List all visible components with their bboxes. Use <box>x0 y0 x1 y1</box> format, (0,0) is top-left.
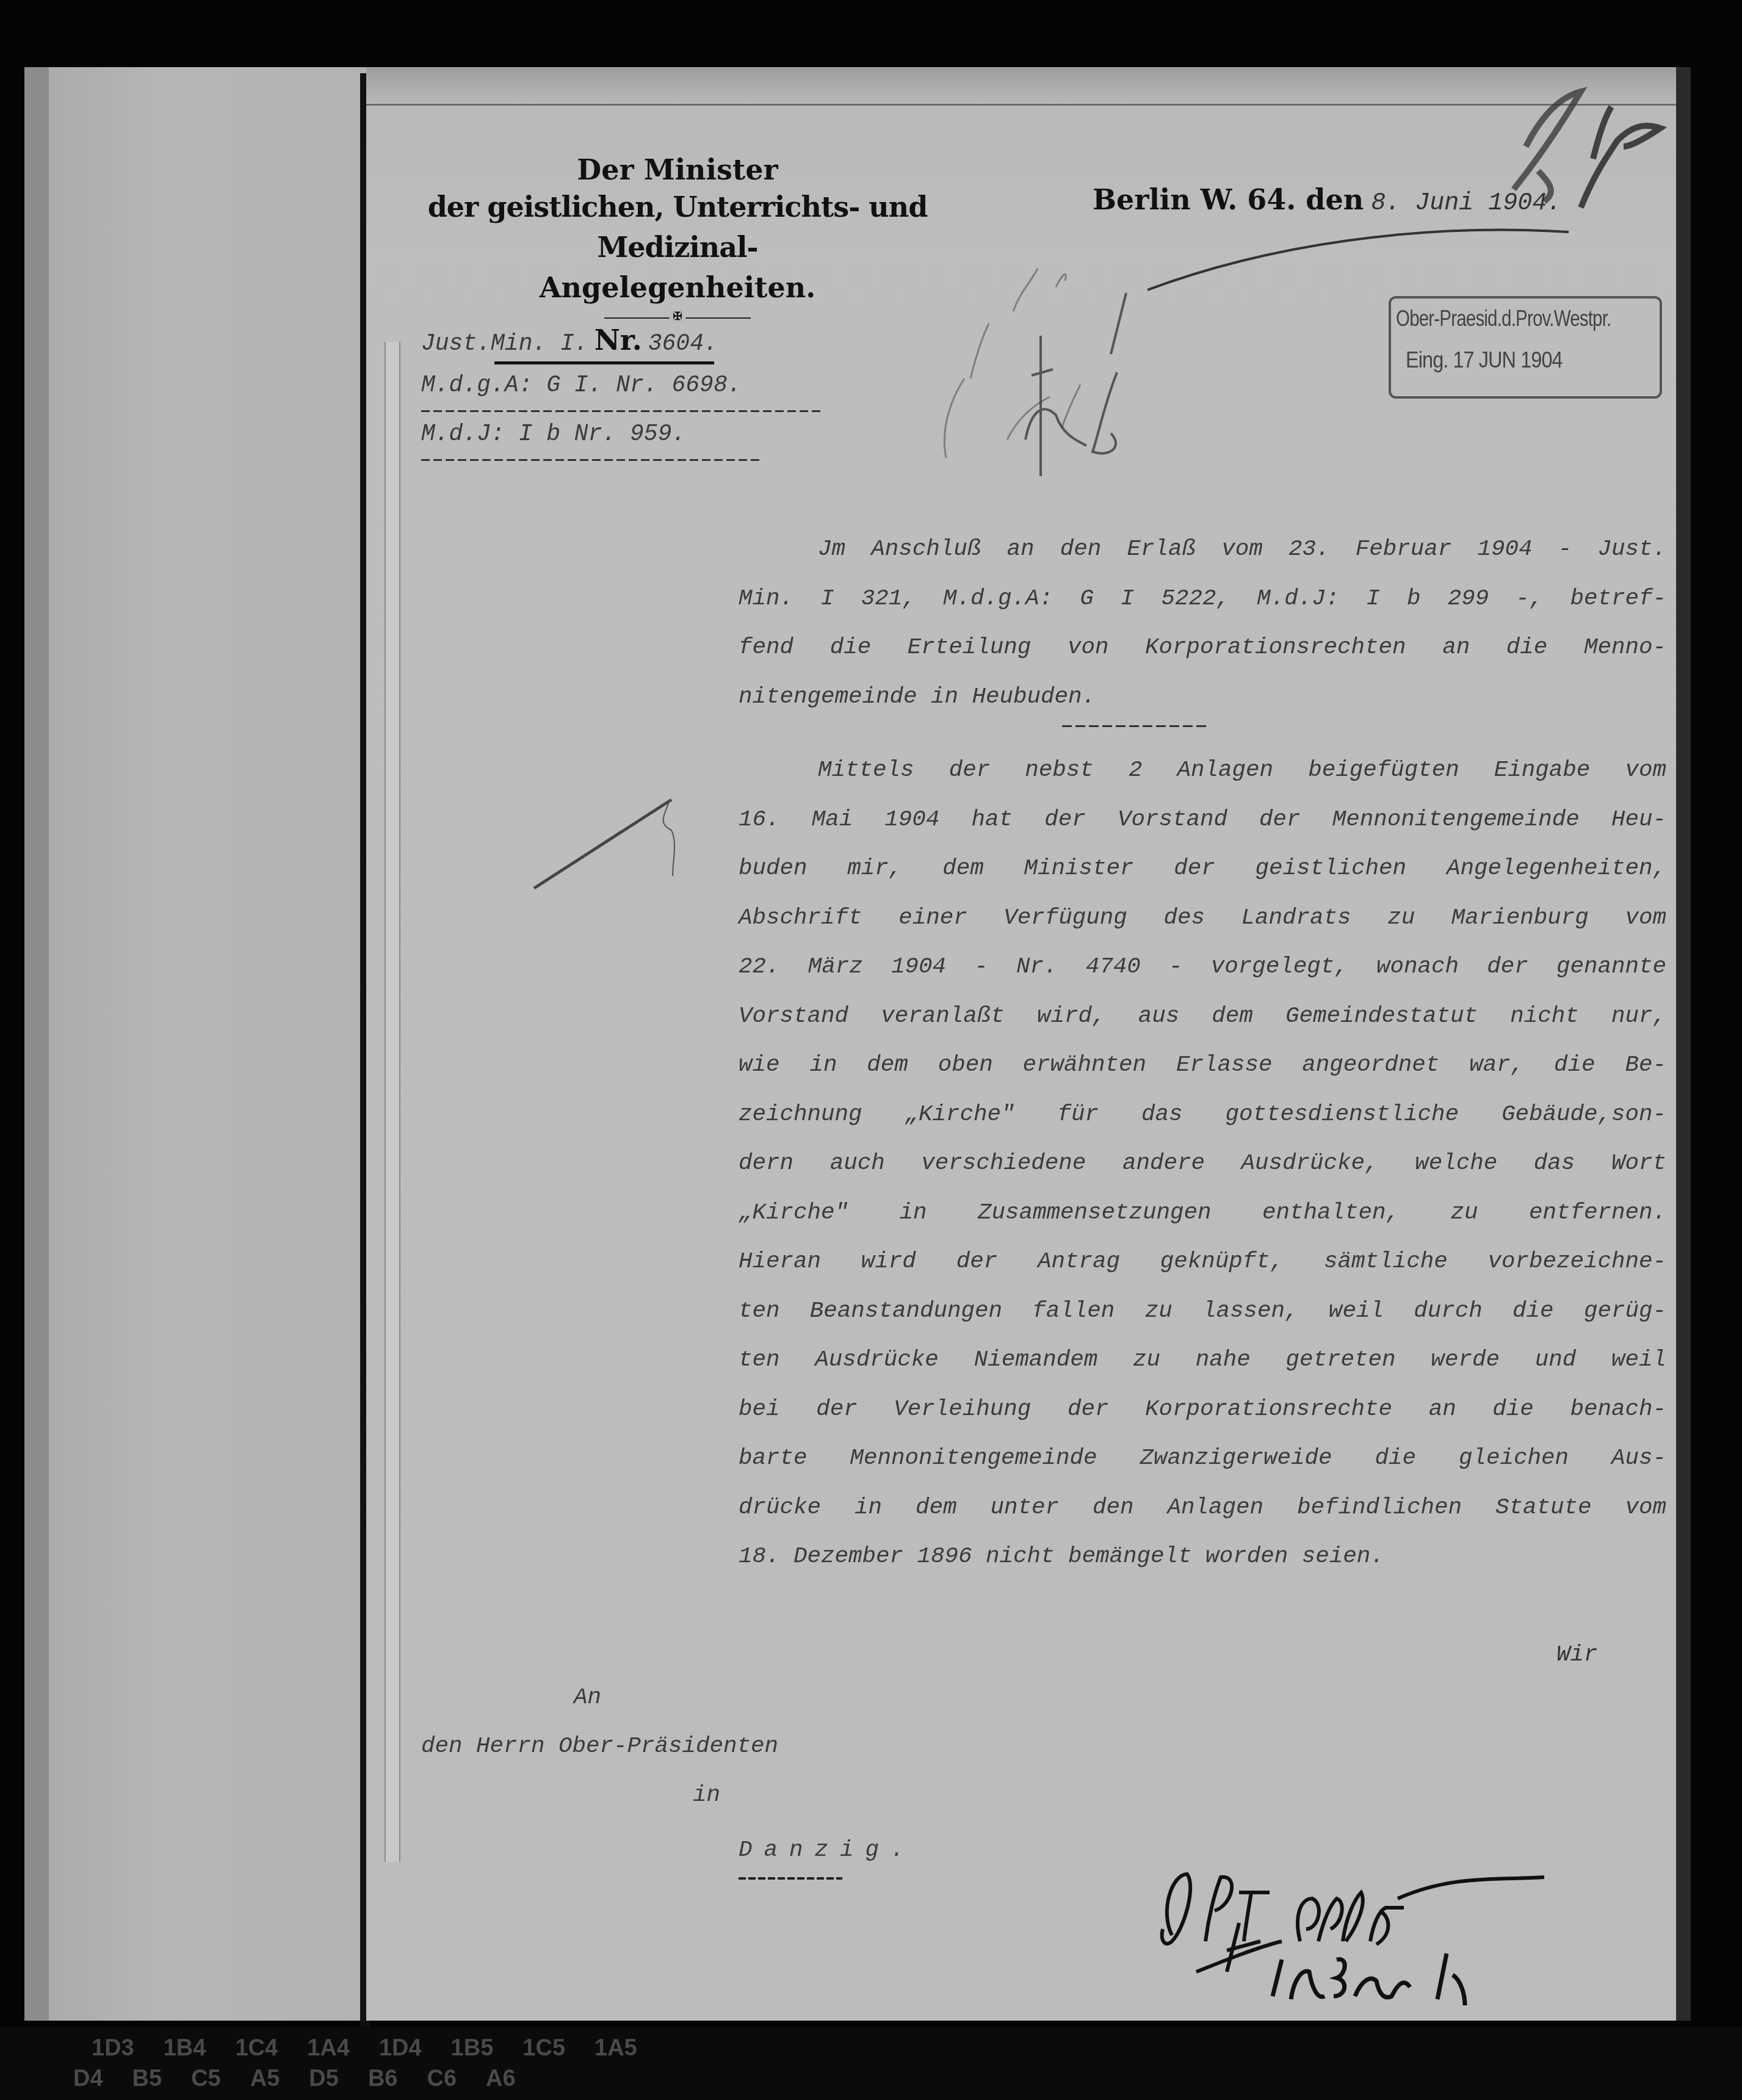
margin-paper-strip <box>385 342 400 1862</box>
body-line: drücke in dem unter den Anlagen befindli… <box>739 1483 1666 1533</box>
underline-solid <box>494 361 714 364</box>
catchword: Wir <box>1556 1642 1598 1668</box>
body-line: zeichnung „Kirche" für das gottesdienstl… <box>739 1090 1666 1140</box>
letterhead-title: Der Minister <box>415 153 940 187</box>
body-line: dern auch verschiedene andere Ausdrücke,… <box>739 1139 1666 1189</box>
body-line: ten Beanstandungen fallen zu lassen, wei… <box>739 1287 1666 1336</box>
address-recipient: den Herrn Ober-Präsidenten <box>421 1734 778 1759</box>
folio-number-handwritten <box>1502 85 1685 214</box>
address-in: in <box>693 1783 720 1808</box>
reference-numbers: Just.Min. I.Nr.3604. M.d.g.A: G I. Nr. 6… <box>421 324 742 470</box>
ref-justice-ministry: Just.Min. I.Nr.3604. <box>421 324 742 372</box>
letterhead-affairs: Angelegenheiten. <box>415 267 940 308</box>
body-line: „Kirche" in Zusammensetzungen enthalten,… <box>739 1189 1666 1238</box>
left-binding-flap <box>24 67 368 2021</box>
body-line: barte Mennonitengemeinde Zwanzigerweide … <box>739 1434 1666 1483</box>
pencil-annotations <box>916 256 1404 476</box>
body-line: buden mir, dem Minister der geistlichen … <box>739 844 1666 894</box>
microfilm-frame-codes: 1D31B41C41A41D41B51C51A5 D4B5C5A5D5B6C6A… <box>92 2033 667 2094</box>
page-right-edge <box>1676 67 1691 2021</box>
body-line: Jm Anschluß an den Erlaß vom 23. Februar… <box>739 525 1666 574</box>
body-line: wie in dem oben erwähnten Erlasse angeor… <box>739 1041 1666 1090</box>
letterhead-ministry: der geistlichen, Unterrichts- und Medizi… <box>415 187 940 267</box>
ref-mdga: M.d.g.A: G I. Nr. 6698. <box>421 372 742 421</box>
body-line: Min. I 321, M.d.g.A: G I 5222, M.d.J: I … <box>739 574 1666 624</box>
film-codes-row-1: 1D31B41C41A41D41B51C51A5 <box>92 2033 667 2063</box>
city-underline <box>739 1877 842 1880</box>
dateline: Berlin W. 64. den8. Juni 1904. <box>1093 183 1561 218</box>
underline-dashed <box>421 410 824 412</box>
receipt-stamp: Ober-Praesid.d.Prov.Westpr. Eing. 17 JUN… <box>1389 296 1662 399</box>
margin-pencil-mark <box>531 787 690 897</box>
underline-dashed <box>421 459 763 461</box>
place-label: Berlin W. 64. den <box>1093 183 1364 216</box>
stamp-received-date: Eing. 17 JUN 1904 <box>1406 347 1563 373</box>
body-line: Vorstand veranlaßt wird, aus dem Gemeind… <box>739 992 1666 1041</box>
letterhead: Der Minister der geistlichen, Unterricht… <box>415 153 940 320</box>
body-line: bei der Verleihung der Korporationsrecht… <box>739 1385 1666 1435</box>
body-line: nitengemeinde in Heubuden. <box>739 673 1666 722</box>
stamp-office: Ober-Praesid.d.Prov.Westpr. <box>1396 306 1611 331</box>
body-line: Hieran wird der Antrag geknüpft, sämtlic… <box>739 1237 1666 1287</box>
body-line: Abschrift einer Verfügung des Landrats z… <box>739 894 1666 943</box>
ornament-rule: ✠ <box>604 316 751 320</box>
page-top-edge <box>366 104 1691 106</box>
registry-handwritten-note <box>1135 1850 1636 2008</box>
address-city: Danzig. <box>739 1837 916 1863</box>
body-line: Mittels der nebst 2 Anlagen beigefügten … <box>739 746 1666 795</box>
body-line: ten Ausdrücke Niemandem zu nahe getreten… <box>739 1336 1666 1385</box>
ref-mdj: M.d.J: I b Nr. 959. <box>421 421 742 470</box>
body-line: 16. Mai 1904 hat der Vorstand der Mennon… <box>739 795 1666 845</box>
ornament-icon: ✠ <box>669 310 685 323</box>
body-line: fend die Erteilung von Korporationsrecht… <box>739 623 1666 673</box>
body-line: 18. Dezember 1896 nicht bemängelt worden… <box>739 1532 1666 1582</box>
address-an: An <box>574 1685 601 1711</box>
section-separator <box>739 722 1666 746</box>
body-line: 22. März 1904 - Nr. 4740 - vorgelegt, wo… <box>739 943 1666 992</box>
film-codes-row-2: D4B5C5A5D5B6C6A6 <box>73 2063 667 2094</box>
letter-body: Jm Anschluß an den Erlaß vom 23. Februar… <box>739 525 1666 1582</box>
flap-edge <box>24 67 49 2021</box>
